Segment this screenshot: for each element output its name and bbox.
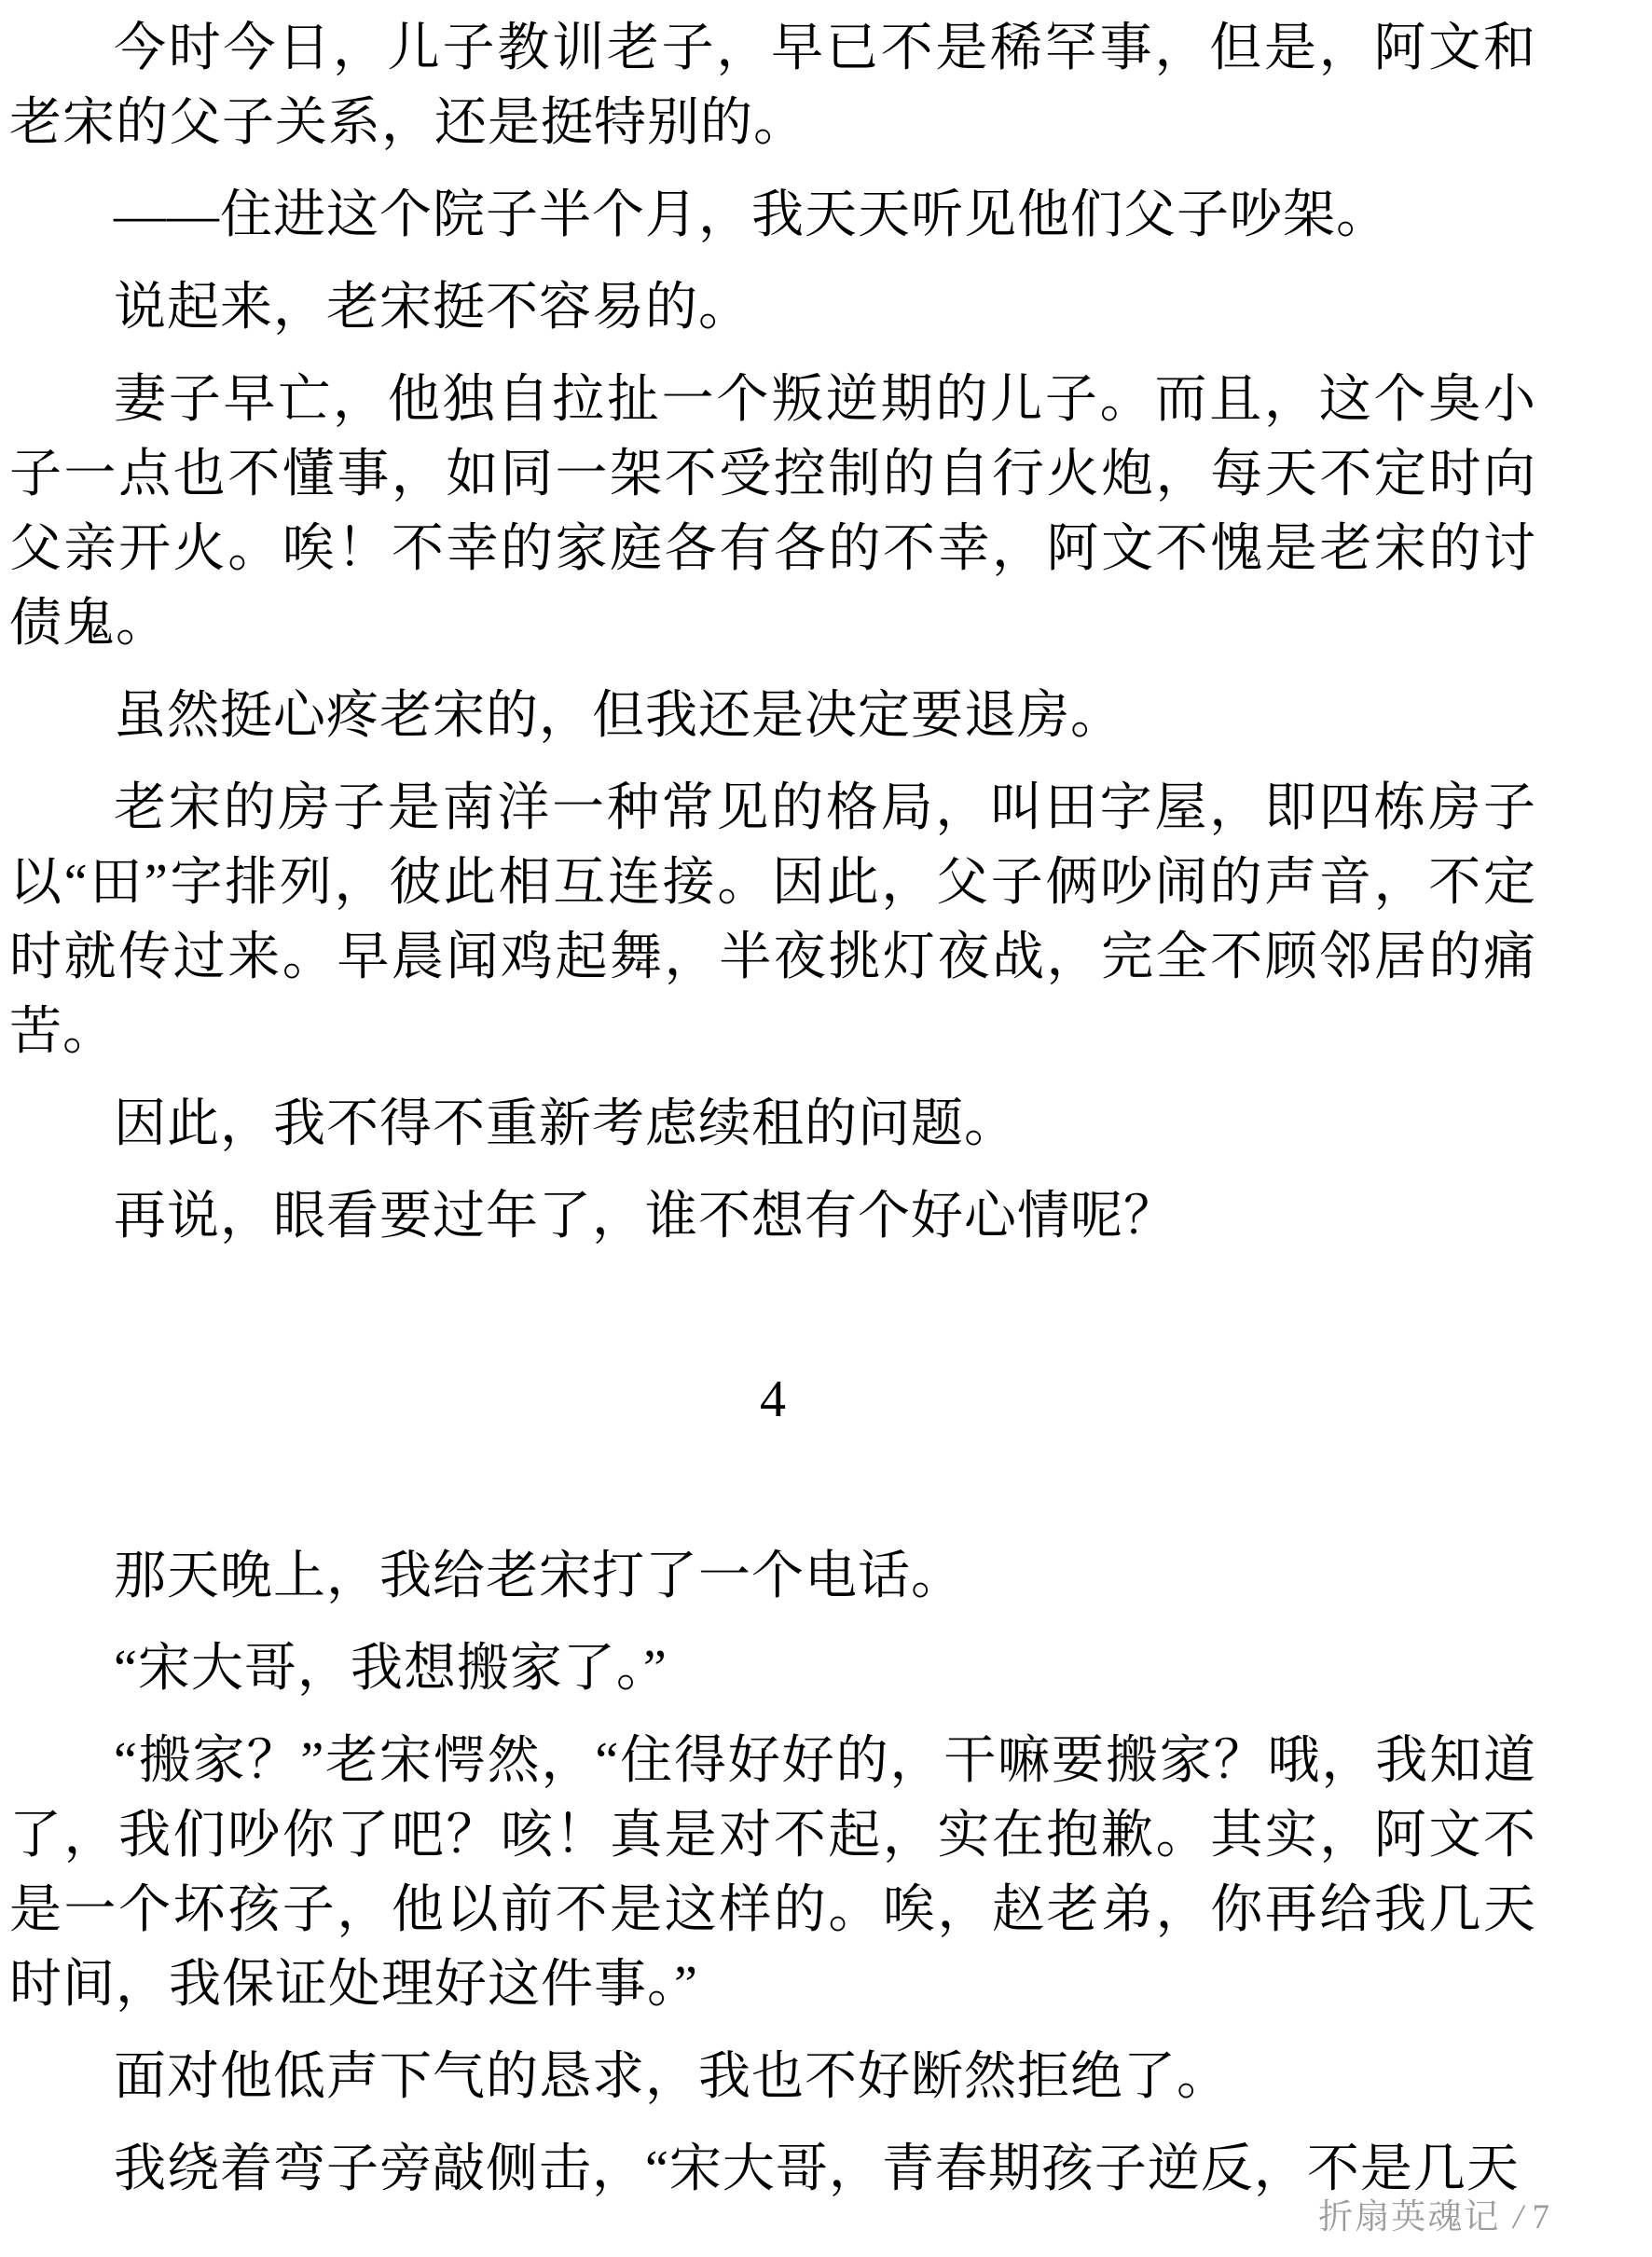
paragraph: 虽然挺心疼老宋的，但我还是决定要退房。 (9, 679, 1536, 753)
paragraph: 因此，我不得不重新考虑续租的问题。 (9, 1087, 1536, 1162)
paragraph: “宋大哥，我想搬家了。” (9, 1631, 1536, 1706)
paragraph: 那天晚上，我给老宋打了一个电话。 (9, 1539, 1536, 1614)
paragraph: “搬家？”老宋愕然，“住得好好的，干嘛要搬家？哦，我知道了，我们吵你了吧？咳！真… (9, 1724, 1536, 2022)
paragraph: 老宋的房子是南洋一种常见的格局，叫田字屋，即四栋房子以“田”字排列，彼此相互连接… (9, 771, 1536, 1069)
paragraph: 我绕着弯子旁敲侧击，“宋大哥，青春期孩子逆反，不是几天 (9, 2132, 1536, 2207)
book-page: 今时今日，儿子教训老子，早已不是稀罕事，但是，阿文和老宋的父子关系，还是挺特别的… (0, 0, 1652, 2257)
chapter-number: 4 (9, 1362, 1536, 1437)
paragraph: 妻子早亡，他独自拉扯一个叛逆期的儿子。而且，这个臭小子一点也不懂事，如同一架不受… (9, 363, 1536, 661)
footer-page-number: 7 (1533, 2198, 1552, 2236)
paragraph: 说起来，老宋挺不容易的。 (9, 270, 1536, 345)
paragraph: 面对他低声下气的恳求，我也不好断然拒绝了。 (9, 2040, 1536, 2114)
paragraph: 今时今日，儿子教训老子，早已不是稀罕事，但是，阿文和老宋的父子关系，还是挺特别的… (9, 11, 1536, 160)
paragraph: 再说，眼看要过年了，谁不想有个好心情呢？ (9, 1179, 1536, 1254)
footer-book-title: 折扇英魂记 (1318, 2198, 1500, 2236)
page-footer: 折扇英魂记/7 (1318, 2199, 1551, 2236)
footer-separator: / (1500, 2198, 1532, 2236)
paragraph: ——住进这个院子半个月，我天天听见他们父子吵架。 (9, 178, 1536, 253)
